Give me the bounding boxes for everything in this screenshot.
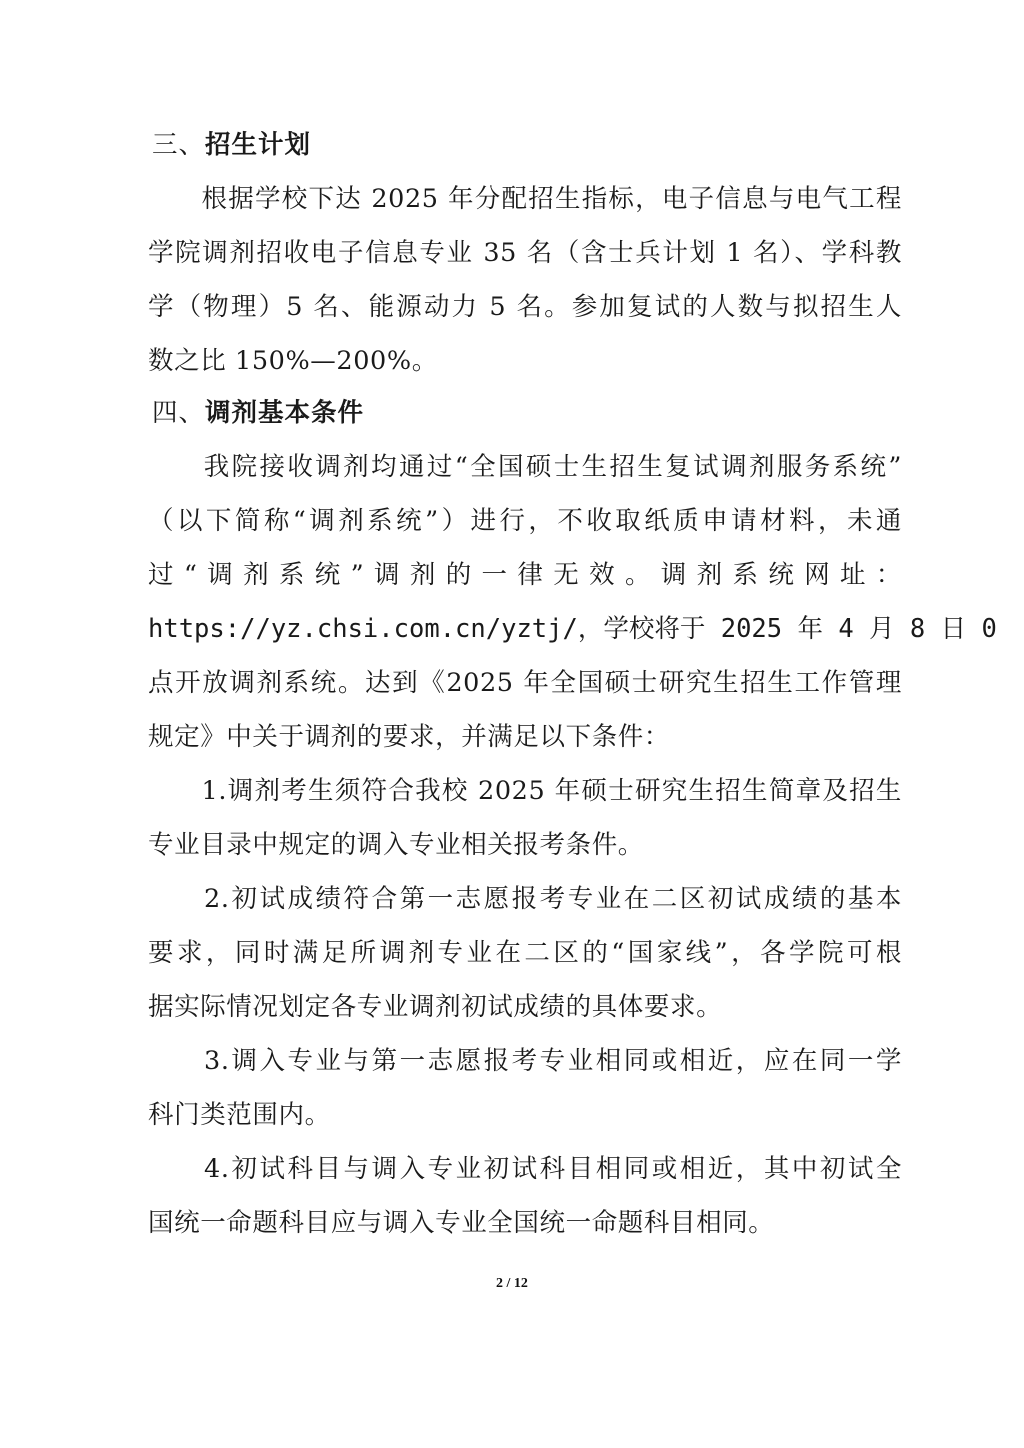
url-line: https://yz.chsi.com.cn/yztj/，学校将于 2025 年… — [148, 609, 902, 649]
section-title: 招生计划 — [205, 130, 311, 160]
section-heading-enrollment-plan: 三、招生计划 — [152, 125, 906, 165]
paragraph-line: 学院调剂招收电子信息专业 35 名（含士兵计划 1 名）、学科教 — [148, 233, 902, 273]
paragraph-line: （以下简称“调剂系统”）进行，不收取纸质申请材料，未通 — [148, 501, 902, 541]
section-heading-transfer-conditions: 四、调剂基本条件 — [152, 393, 906, 433]
section-title: 调剂基本条件 — [205, 398, 364, 428]
condition-2-line: 2.初试成绩符合第一志愿报考专业在二区初试成绩的基本 — [148, 879, 902, 919]
paragraph-line: 数之比 150%—200%。 — [148, 341, 902, 381]
condition-1-line: 专业目录中规定的调入专业相关报考条件。 — [148, 825, 902, 865]
paragraph-line: 点开放调剂系统。达到《2025 年全国硕士研究生招生工作管理 — [148, 663, 902, 703]
condition-4-line: 4.初试科目与调入专业初试科目相同或相近，其中初试全 — [148, 1149, 902, 1189]
condition-4-line: 国统一命题科目应与调入专业全国统一命题科目相同。 — [148, 1203, 902, 1243]
section-number: 三、 — [152, 130, 205, 160]
document-page: 三、招生计划 根据学校下达 2025 年分配招生指标，电子信息与电气工程 学院调… — [0, 0, 1024, 1448]
condition-1-line: 1.调剂考生须符合我校 2025 年硕士研究生招生简章及招生 — [148, 771, 902, 811]
condition-3-line: 科门类范围内。 — [148, 1095, 902, 1135]
paragraph-line: 规定》中关于调剂的要求，并满足以下条件： — [148, 717, 902, 757]
condition-2-line: 据实际情况划定各专业调剂初试成绩的具体要求。 — [148, 987, 902, 1027]
paragraph-line: 根据学校下达 2025 年分配招生指标，电子信息与电气工程 — [148, 179, 902, 219]
paragraph-line: 过“调剂系统”调剂的一律无效。调剂系统网址： — [148, 555, 902, 595]
paragraph-line: 学（物理）5 名、能源动力 5 名。参加复试的人数与拟招生人 — [148, 287, 902, 327]
condition-2-line: 要求，同时满足所调剂专业在二区的“国家线”，各学院可根 — [148, 933, 902, 973]
paragraph-line: 我院接收调剂均通过“全国硕士生招生复试调剂服务系统” — [148, 447, 902, 487]
condition-3-line: 3.调入专业与第一志愿报考专业相同或相近，应在同一学 — [148, 1041, 902, 1081]
section-number: 四、 — [152, 398, 205, 428]
page-number: 2 / 12 — [0, 1276, 1024, 1292]
